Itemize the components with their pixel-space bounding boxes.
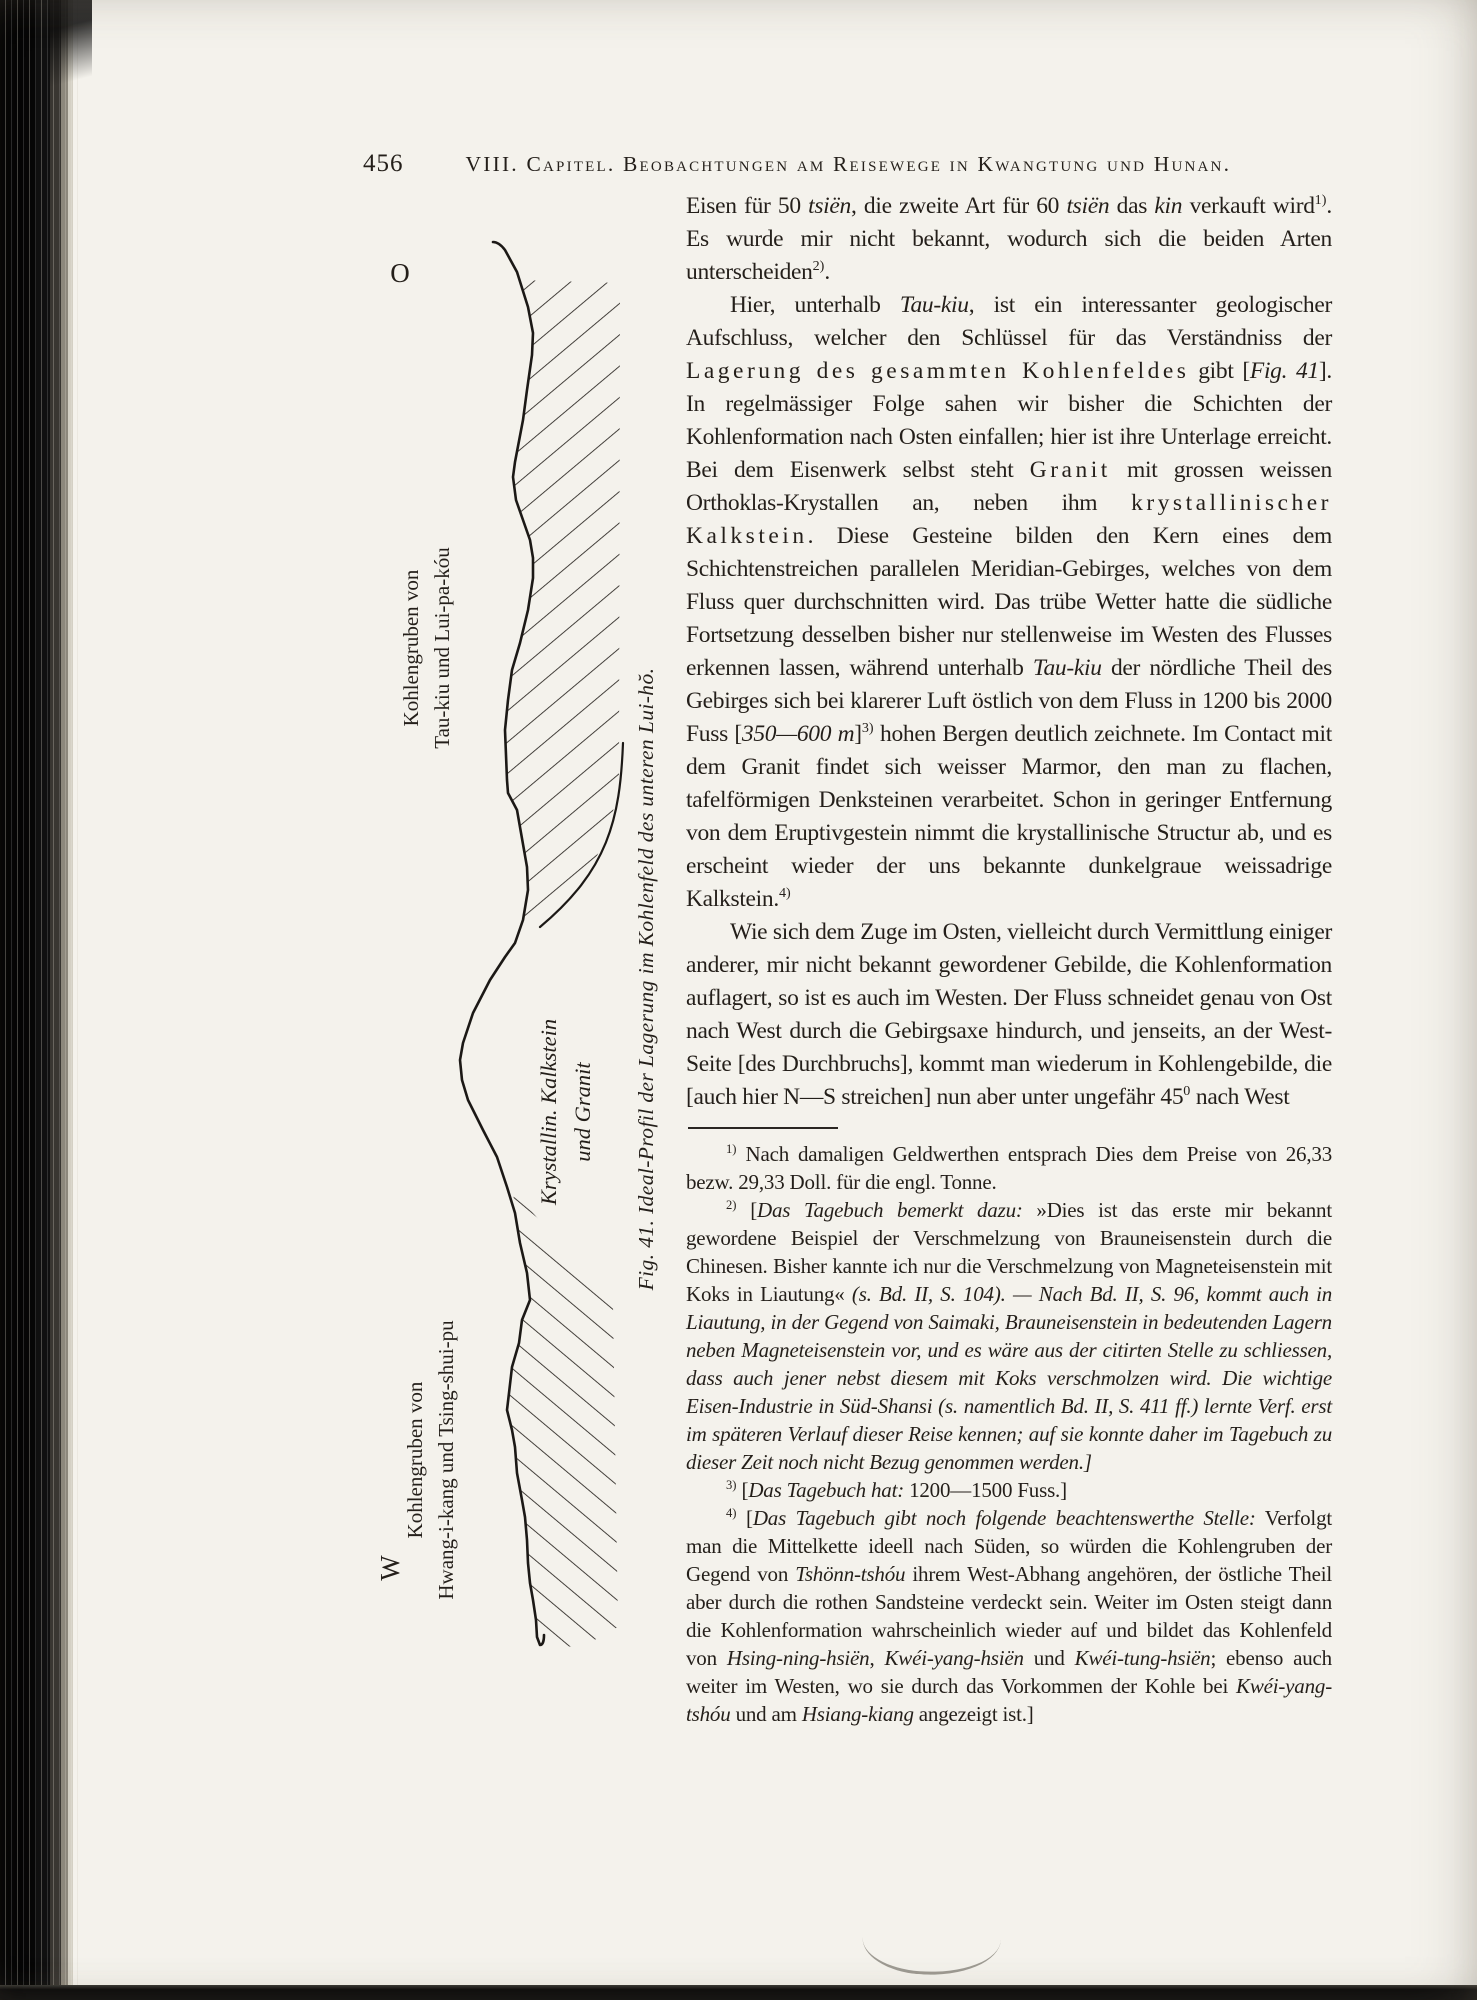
footnote: 1) Nach damaligen Geldwerthen entsprach … (686, 1140, 1332, 1196)
scan-bottom-bar (0, 1985, 1477, 2000)
footnote-rule (688, 1127, 838, 1129)
footnote: 4) [Das Tagebuch gibt noch folgende beac… (686, 1504, 1332, 1728)
book-spine-scan-edge (0, 0, 78, 2000)
scanned-book-page: 456 VIII. Capitel. Beobachtungen am Reis… (0, 0, 1477, 2000)
figure-label-crystalline-core: Krystallin. Kalkstein und Granit (532, 987, 604, 1237)
figure-label-line: Krystallin. Kalkstein (532, 987, 566, 1237)
chapter-title: VIII. Capitel. Beobachtungen am Reiseweg… (466, 152, 1232, 177)
footnotes-block: 1) Nach damaligen Geldwerthen entsprach … (686, 1140, 1332, 1728)
scan-corner-mark (48, 0, 92, 130)
page-number: 456 (363, 150, 404, 178)
scan-stain-mark (860, 1921, 1001, 1980)
figure-caption: Fig. 41. Ideal-Profil der Lagerung im Ko… (634, 589, 666, 1369)
figure-label-line: Kohlengruben von (400, 1285, 431, 1635)
body-paragraph: Eisen für 50 tsiën, die zweite Art für 6… (686, 190, 1332, 289)
coal-hatch-upper (505, 280, 620, 928)
figure-label-coal-mines-west: Kohlengruben von Hwang-i-kang und Tsing-… (400, 1285, 466, 1635)
body-paragraph: Wie sich dem Zuge im Osten, vielleicht d… (686, 916, 1332, 1114)
main-text-column: Eisen für 50 tsiën, die zweite Art für 6… (686, 190, 1332, 1728)
figure-label-line: Hwang-i-kang und Tsing-shui-pu (431, 1285, 462, 1635)
footnote: 3) [Das Tagebuch hat: 1200—1500 Fuss.] (686, 1476, 1332, 1504)
figure-label-line: und Granit (566, 987, 600, 1237)
body-paragraph: Hier, unterhalb Tau-kiu, ist ein interes… (686, 289, 1332, 916)
footnote: 2) [Das Tagebuch bemerkt dazu: »Dies ist… (686, 1196, 1332, 1476)
figure-label-line: Kohlengruben von (396, 508, 427, 788)
figure-label-coal-mines-east: Kohlengruben von Tau-kiu und Lui-pa-kóu (396, 508, 462, 788)
figure-label-line: Tau-kiu und Lui-pa-kóu (427, 508, 458, 788)
running-header: 456 VIII. Capitel. Beobachtungen am Reis… (363, 150, 1143, 178)
direction-label-east: O (386, 258, 414, 290)
